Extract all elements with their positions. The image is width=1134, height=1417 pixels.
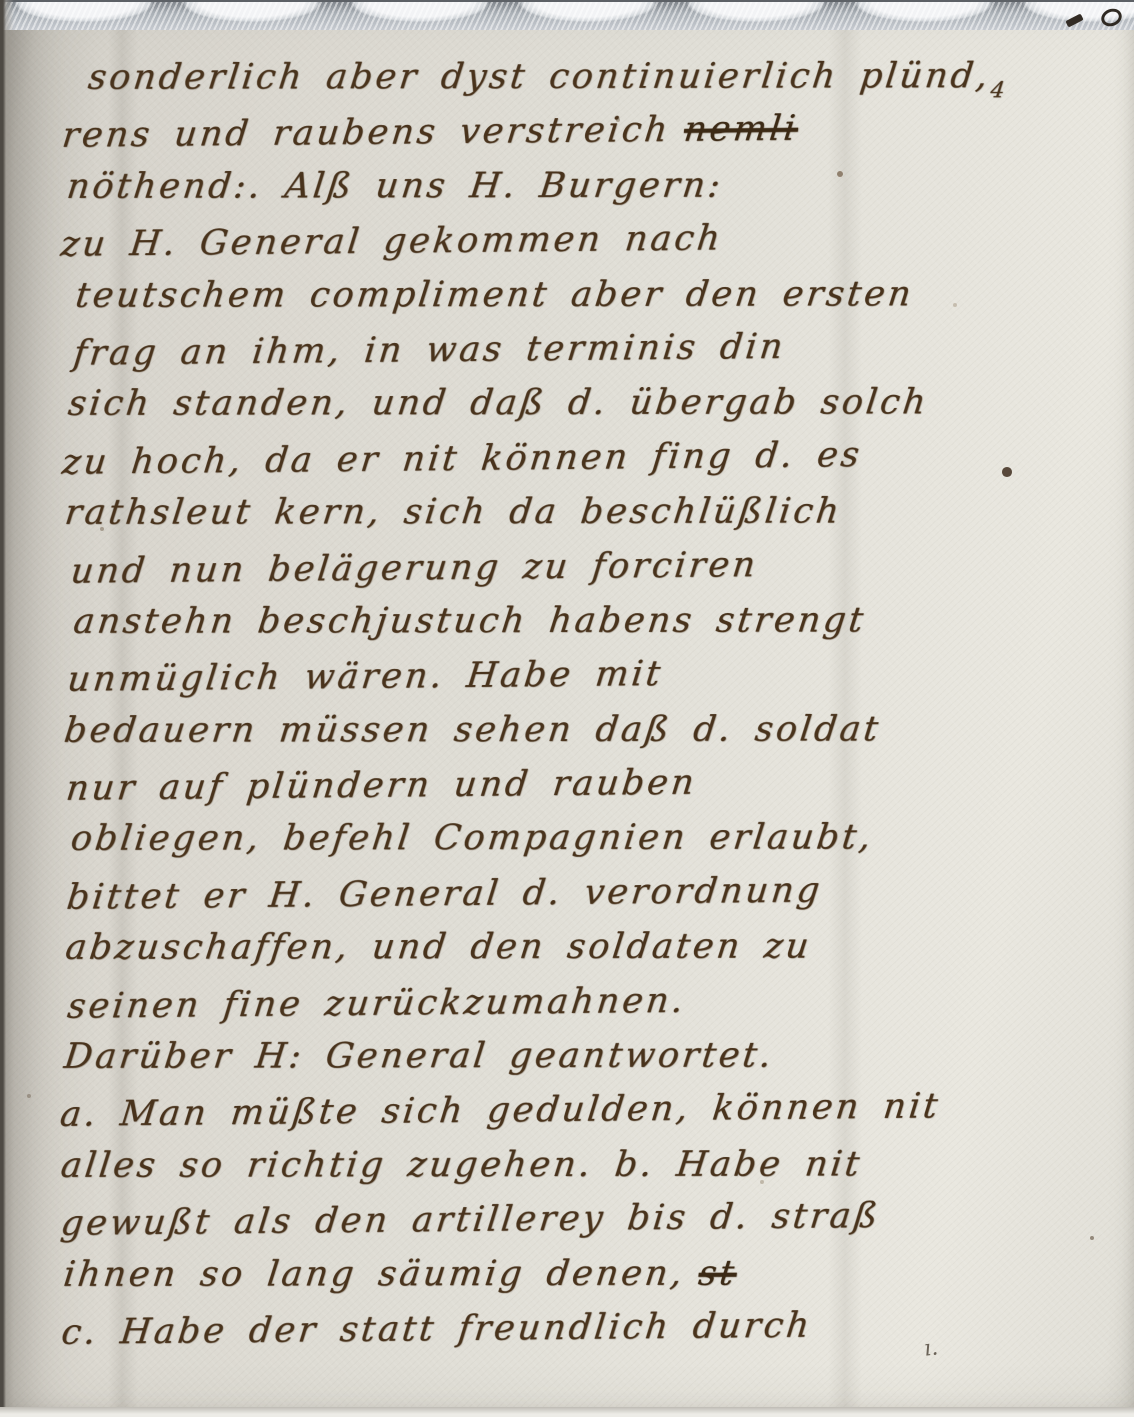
manuscript-text: sonderlich aber dyst continuierlich plün… bbox=[54, 47, 1072, 1359]
handwritten-line: seinen fine zurückzumahnen. bbox=[65, 970, 1074, 1034]
book-page-deckle-edge bbox=[0, 0, 1134, 30]
manuscript-page: sonderlich aber dyst continuierlich plün… bbox=[0, 0, 1134, 1417]
handwritten-line: unmüglich wären. Habe mit bbox=[65, 643, 1072, 707]
struck-word: nemli bbox=[682, 109, 800, 150]
binding-gutter-shadow bbox=[0, 0, 14, 1417]
handwritten-line: gewußt als den artillerey bis d. straß bbox=[58, 1187, 1075, 1251]
handwritten-line: frag an ihm, in was terminis din bbox=[71, 317, 1070, 381]
struck-word: st bbox=[696, 1253, 739, 1293]
handwritten-line: ihnen so lang säumig denen,st bbox=[60, 1246, 1074, 1302]
handwritten-line: nöthend:. Alß uns H. Burgern: bbox=[64, 158, 1068, 214]
handwritten-line: zu hoch, da er nit können fing d. es bbox=[59, 426, 1070, 490]
handwritten-line: rathsleut kern, sich da beschlüßlich bbox=[62, 484, 1070, 540]
handwritten-line: obliegen, befehl Compagnien erlaubt, bbox=[68, 811, 1072, 867]
margin-mark: ı. bbox=[923, 1335, 940, 1361]
foxing-specks bbox=[0, 0, 4, 4]
handwritten-line: a. Man müßte sich gedulden, können nit bbox=[57, 1079, 1074, 1143]
handwritten-line: anstehn beschjustuch habens strengt bbox=[70, 593, 1070, 649]
handwritten-line: sonderlich aber dyst continuierlich plün… bbox=[85, 49, 1067, 105]
handwritten-line: und nun belägerung zu forciren bbox=[68, 535, 1071, 599]
handwritten-line: rens und raubens verstreichnemli bbox=[59, 100, 1068, 164]
handwritten-line: sich standen, und daß d. übergab solch bbox=[65, 375, 1069, 431]
handwritten-line: Darüber H: General geantwortet. bbox=[61, 1028, 1073, 1084]
handwritten-line: zu H. General gekommen nach bbox=[58, 208, 1069, 272]
handwritten-line: alles so richtig zugehen. b. Habe nit bbox=[58, 1137, 1074, 1193]
handwritten-line: abzuschaffen, und den soldaten zu bbox=[62, 919, 1072, 975]
handwritten-line: bittet er H. General d. verordnung bbox=[64, 861, 1073, 925]
handwritten-line: teutschem compliment aber den ersten bbox=[72, 267, 1068, 323]
handwritten-line: c. Habe der statt freundlich durch bbox=[59, 1296, 1076, 1360]
handwritten-line: bedauern müssen sehen daß d. soldat bbox=[61, 702, 1071, 758]
handwritten-line: nur auf plündern und rauben bbox=[63, 752, 1072, 816]
page-bottom-edge bbox=[0, 1407, 1134, 1417]
